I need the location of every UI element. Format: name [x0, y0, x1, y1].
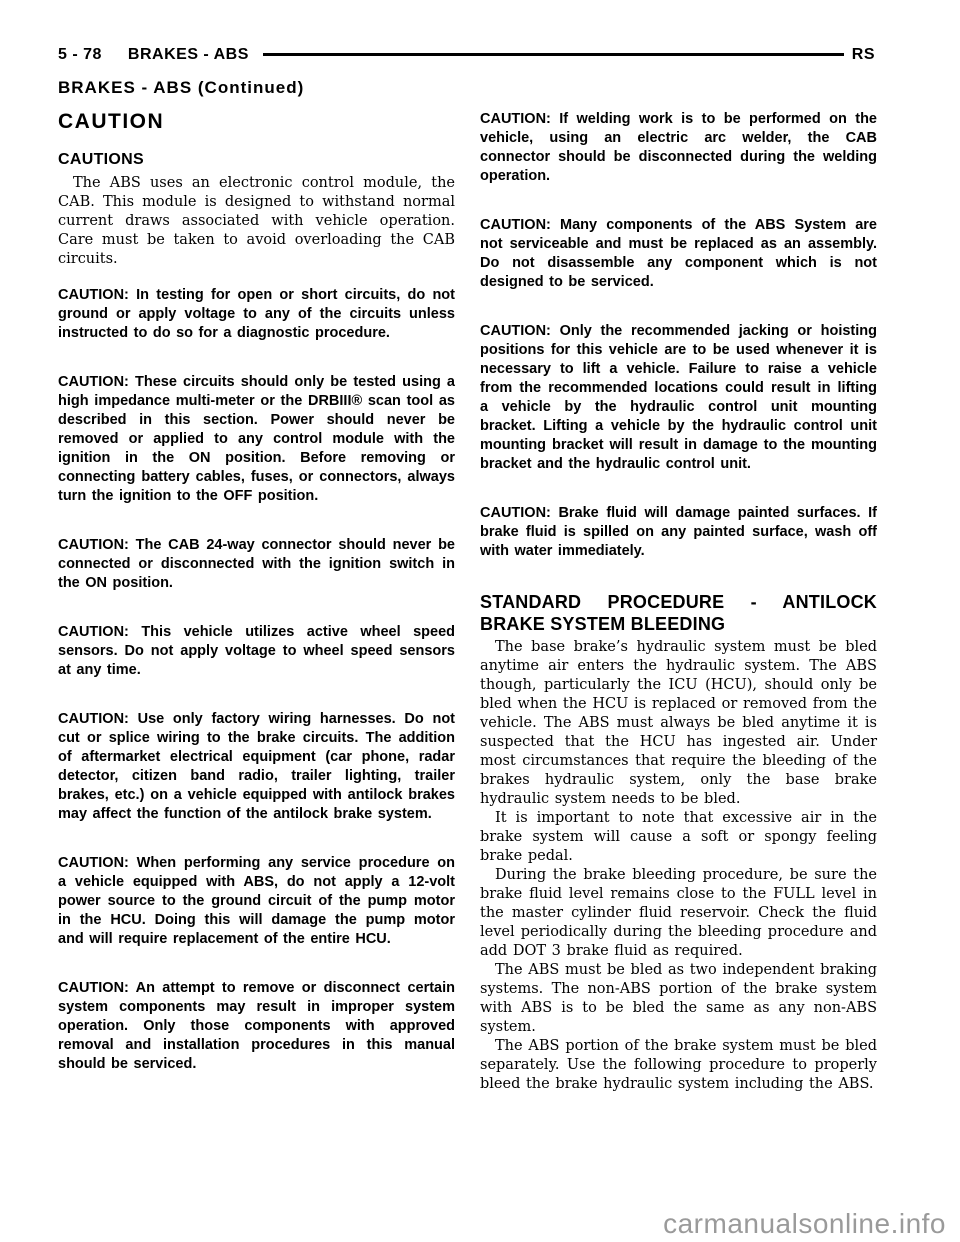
page-number: 5 - 78 — [58, 46, 102, 64]
cautions-heading: CAUTIONS — [58, 150, 455, 170]
right-column: CAUTION: If welding work is to be perfor… — [480, 110, 877, 1094]
procedure-paragraph: During the brake bleeding procedure, be … — [480, 866, 877, 961]
header-rule-divider — [263, 53, 844, 56]
caution-paragraph: CAUTION: When performing any service pro… — [58, 854, 455, 949]
model-code: RS — [852, 46, 875, 64]
caution-paragraph: CAUTION: Brake fluid will damage painted… — [480, 504, 877, 561]
page-header: 5 - 78 BRAKES - ABS RS BRAKES - ABS (Con… — [0, 0, 960, 97]
intro-paragraph: The ABS uses an electronic control modul… — [58, 174, 455, 269]
caution-title: CAUTION — [58, 110, 455, 134]
procedure-paragraph: It is important to note that excessive a… — [480, 809, 877, 866]
continued-title: BRAKES - ABS (Continued) — [58, 78, 875, 97]
caution-paragraph: CAUTION: If welding work is to be perfor… — [480, 110, 877, 186]
caution-paragraph: CAUTION: Use only factory wiring harness… — [58, 710, 455, 824]
caution-paragraph: CAUTION: Many components of the ABS Syst… — [480, 216, 877, 292]
procedure-paragraph: The ABS portion of the brake system must… — [480, 1037, 877, 1094]
procedure-heading: STANDARD PROCEDURE - ANTILOCK BRAKE SYST… — [480, 591, 877, 635]
watermark-text: carmanualsonline.info — [663, 1208, 946, 1240]
section-title: BRAKES - ABS — [128, 46, 249, 64]
caution-paragraph: CAUTION: An attempt to remove or disconn… — [58, 979, 455, 1074]
left-column: CAUTION CAUTIONS The ABS uses an electro… — [58, 110, 455, 1094]
two-column-body: CAUTION CAUTIONS The ABS uses an electro… — [58, 110, 960, 1094]
caution-paragraph: CAUTION: In testing for open or short ci… — [58, 286, 455, 343]
procedure-paragraph: The ABS must be bled as two independent … — [480, 961, 877, 1037]
caution-paragraph: CAUTION: The CAB 24-way connector should… — [58, 536, 455, 593]
caution-paragraph: CAUTION: These circuits should only be t… — [58, 373, 455, 506]
manual-page: 5 - 78 BRAKES - ABS RS BRAKES - ABS (Con… — [0, 0, 960, 1242]
caution-paragraph: CAUTION: Only the recommended jacking or… — [480, 322, 877, 474]
header-row: 5 - 78 BRAKES - ABS RS — [58, 46, 875, 64]
caution-paragraph: CAUTION: This vehicle utilizes active wh… — [58, 623, 455, 680]
procedure-paragraph: The base brake’s hydraulic system must b… — [480, 638, 877, 809]
